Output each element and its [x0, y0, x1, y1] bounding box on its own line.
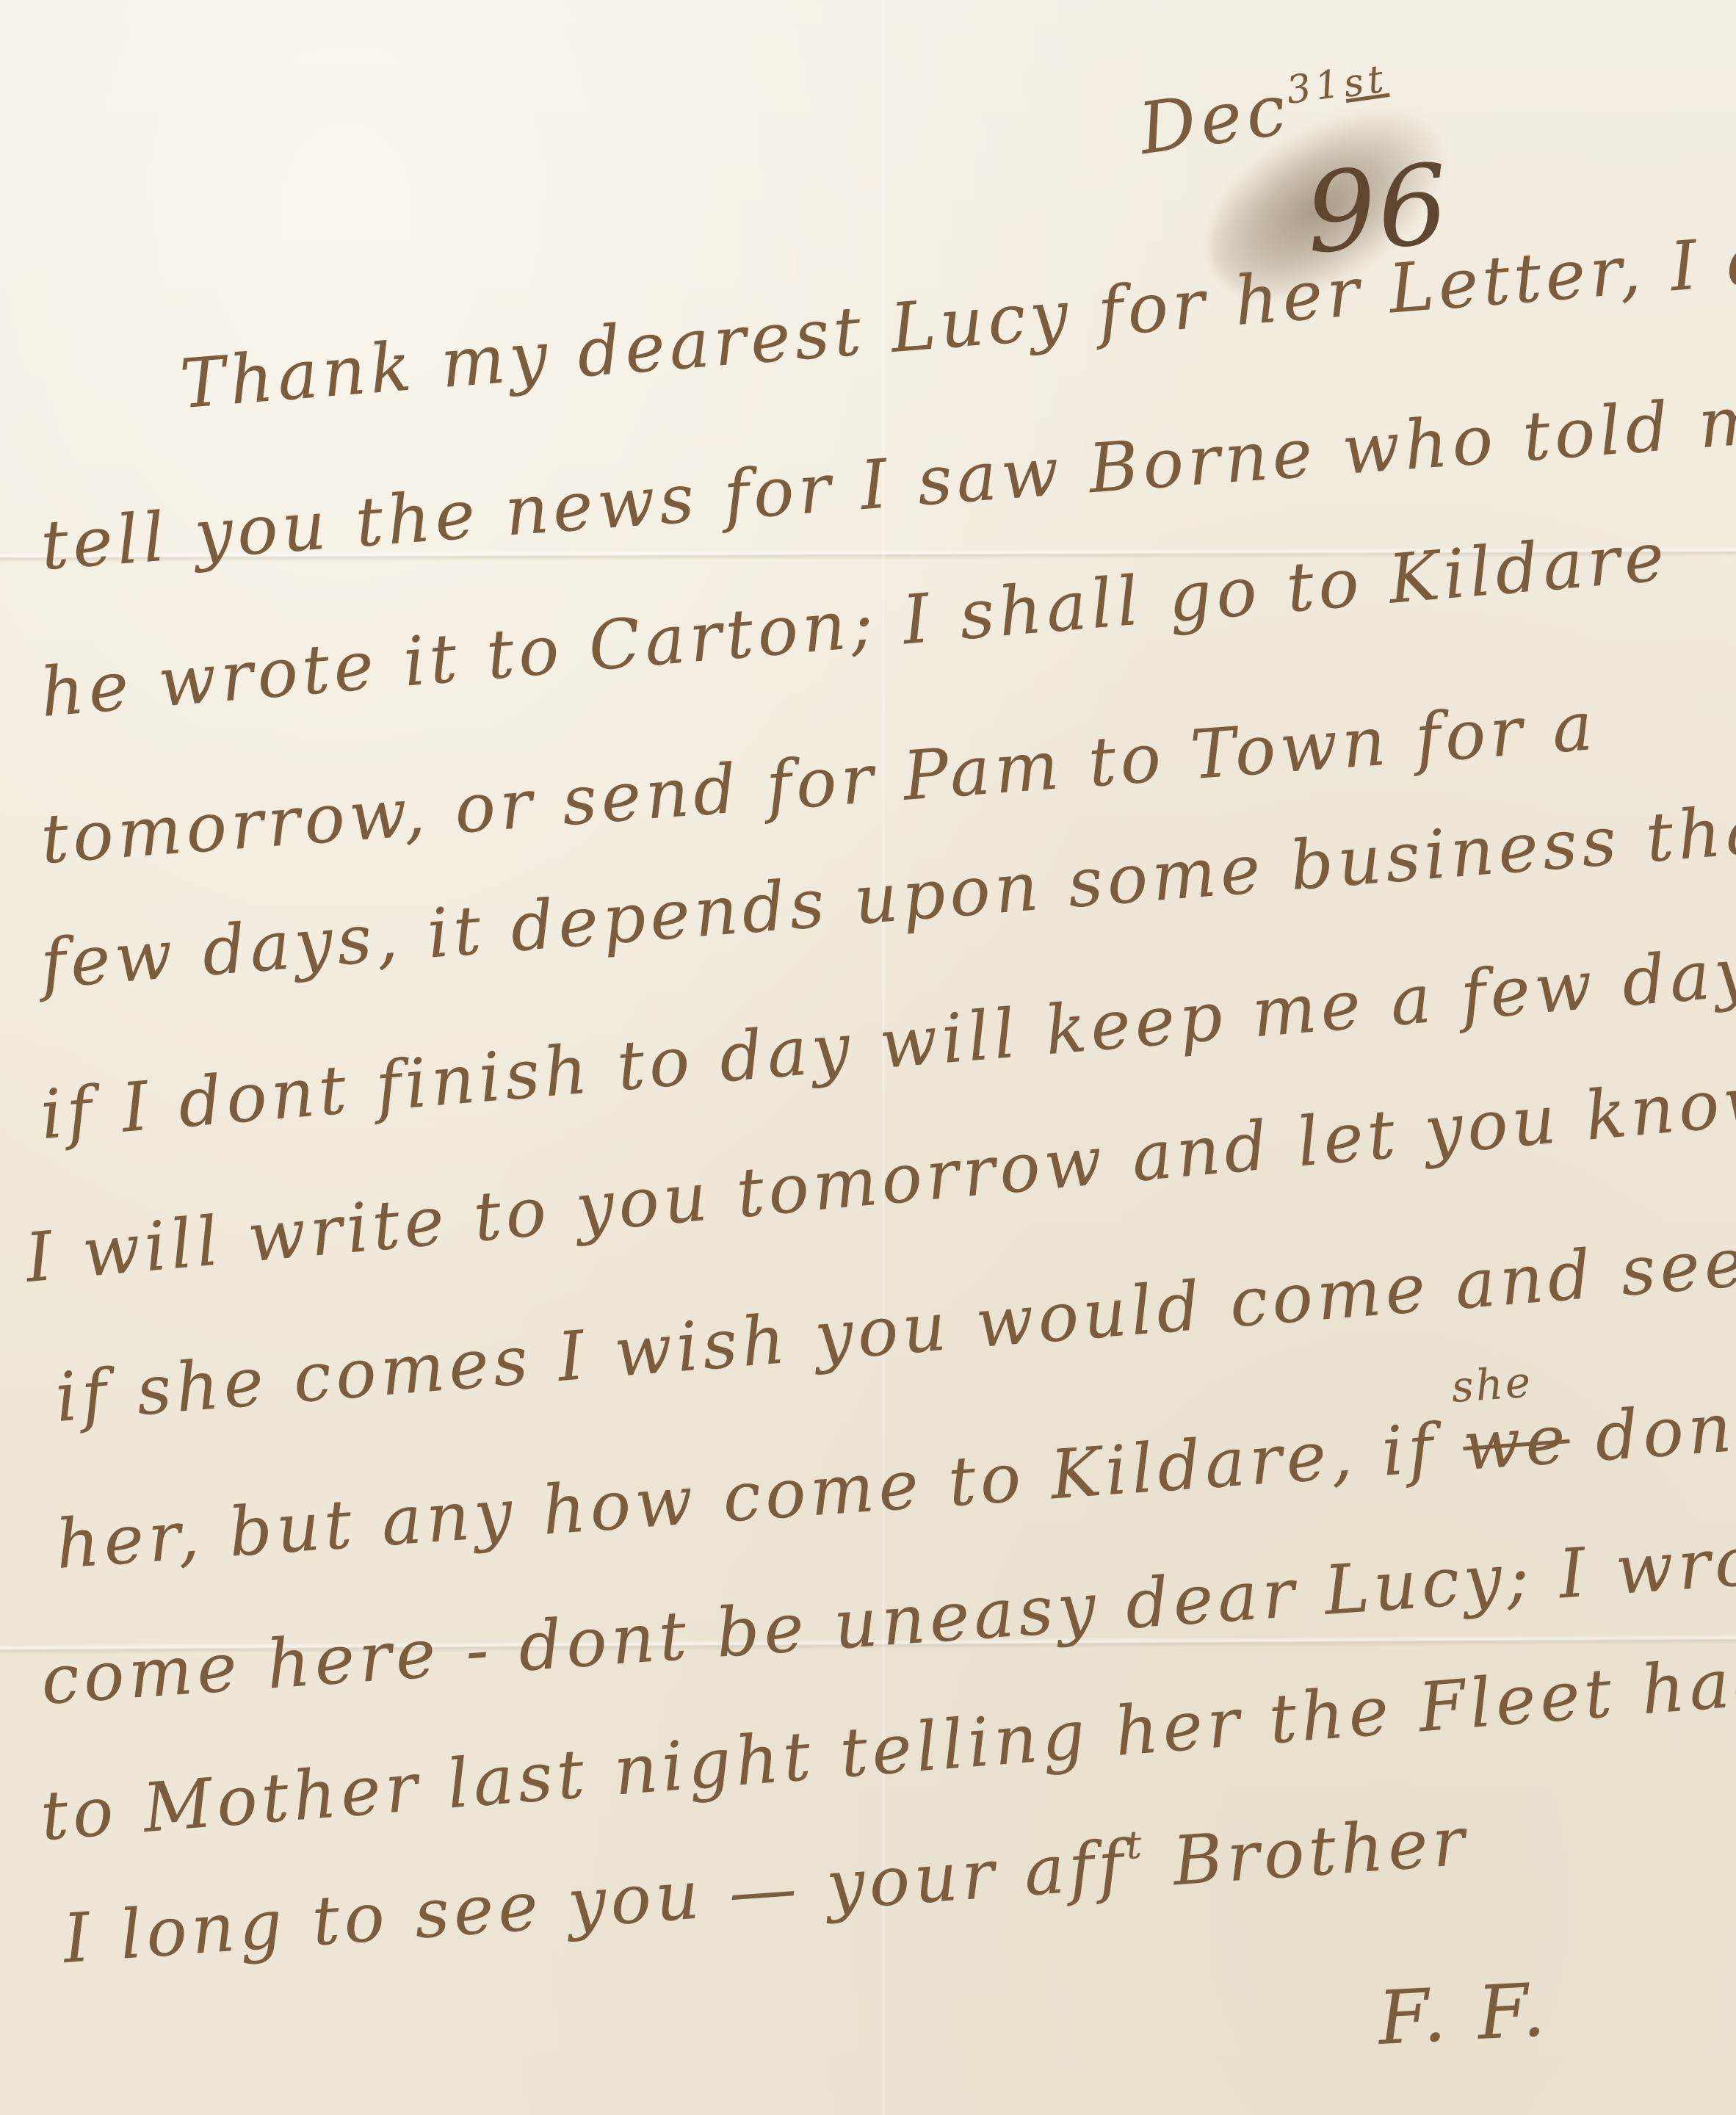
closing-text: I long to see you — your aff — [61, 1826, 1131, 1978]
signature-initials: F. F. — [1376, 1967, 1552, 2061]
closing-superscript: t — [1124, 1823, 1147, 1868]
correction: shewe — [1461, 1400, 1572, 1486]
closing-word: Brother — [1144, 1801, 1471, 1902]
inserted-word: she — [1450, 1356, 1534, 1412]
line-9-end: dont — [1566, 1386, 1736, 1478]
date-day: 31 — [1284, 62, 1347, 113]
letter-page: Dec31st 96 Thank my dearest Lucy for her… — [0, 0, 1736, 2115]
date-day-suffix: st — [1341, 57, 1390, 106]
struck-word: we — [1461, 1400, 1572, 1486]
letter-line-1: Thank my dearest Lucy for her Letter, I … — [178, 210, 1736, 424]
